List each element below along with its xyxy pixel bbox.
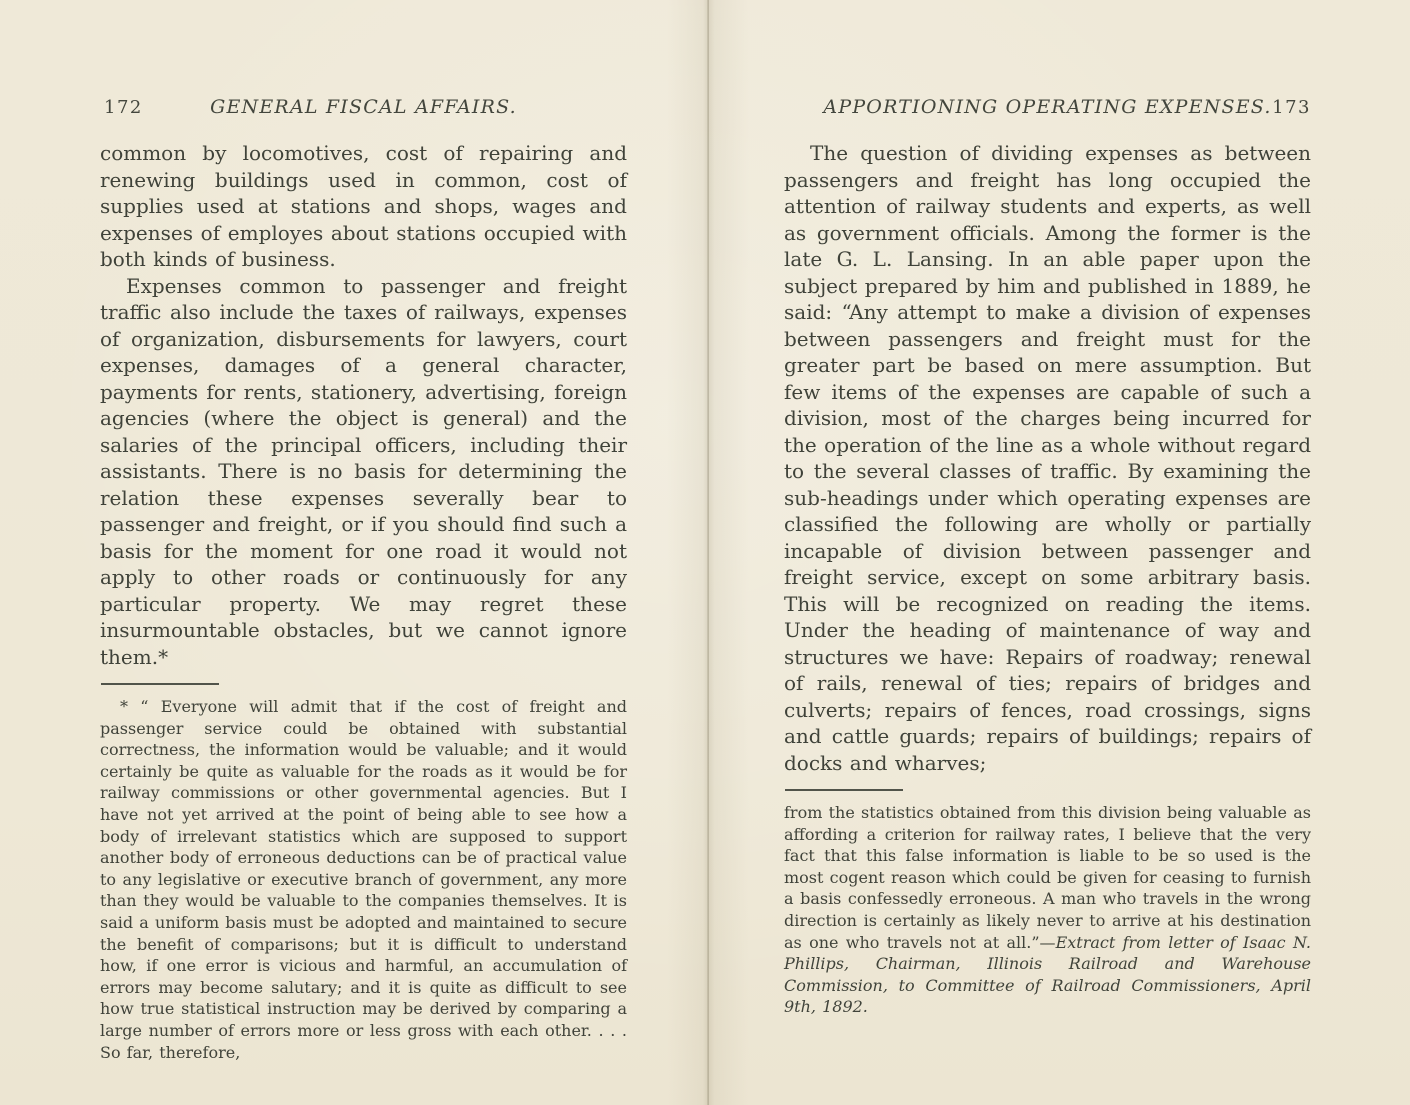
- paragraph: The question of dividing expenses as bet…: [784, 140, 1311, 776]
- page-right-running-head: APPORTIONING OPERATING EXPENSES. 173: [784, 96, 1311, 122]
- footnote-right-text: from the statistics obtained from this d…: [784, 803, 1311, 952]
- page-left-body: common by locomotives, cost of repairing…: [100, 140, 627, 1063]
- page-left: 172 GENERAL FISCAL AFFAIRS. common by lo…: [100, 0, 627, 1105]
- footnote-separator: [785, 789, 903, 791]
- running-title-left: GENERAL FISCAL AFFAIRS.: [100, 96, 627, 118]
- footnote-left: * “ Everyone will admit that if the cost…: [100, 696, 627, 1063]
- page-right: APPORTIONING OPERATING EXPENSES. 173 The…: [784, 0, 1311, 1105]
- running-title-right: APPORTIONING OPERATING EXPENSES.: [784, 96, 1311, 118]
- page-left-running-head: 172 GENERAL FISCAL AFFAIRS.: [100, 96, 627, 122]
- page-number-right: 173: [1272, 97, 1311, 118]
- page-right-body: The question of dividing expenses as bet…: [784, 140, 1311, 1018]
- book-scan: 172 GENERAL FISCAL AFFAIRS. common by lo…: [0, 0, 1410, 1105]
- paragraph-continuation: common by locomotives, cost of repairing…: [100, 140, 627, 273]
- footnote-right: from the statistics obtained from this d…: [784, 802, 1311, 1018]
- footnote-separator: [101, 683, 219, 685]
- book-spine-gutter: [667, 0, 749, 1105]
- page-number-left: 172: [104, 97, 143, 118]
- paragraph: Expenses common to passenger and freight…: [100, 273, 627, 671]
